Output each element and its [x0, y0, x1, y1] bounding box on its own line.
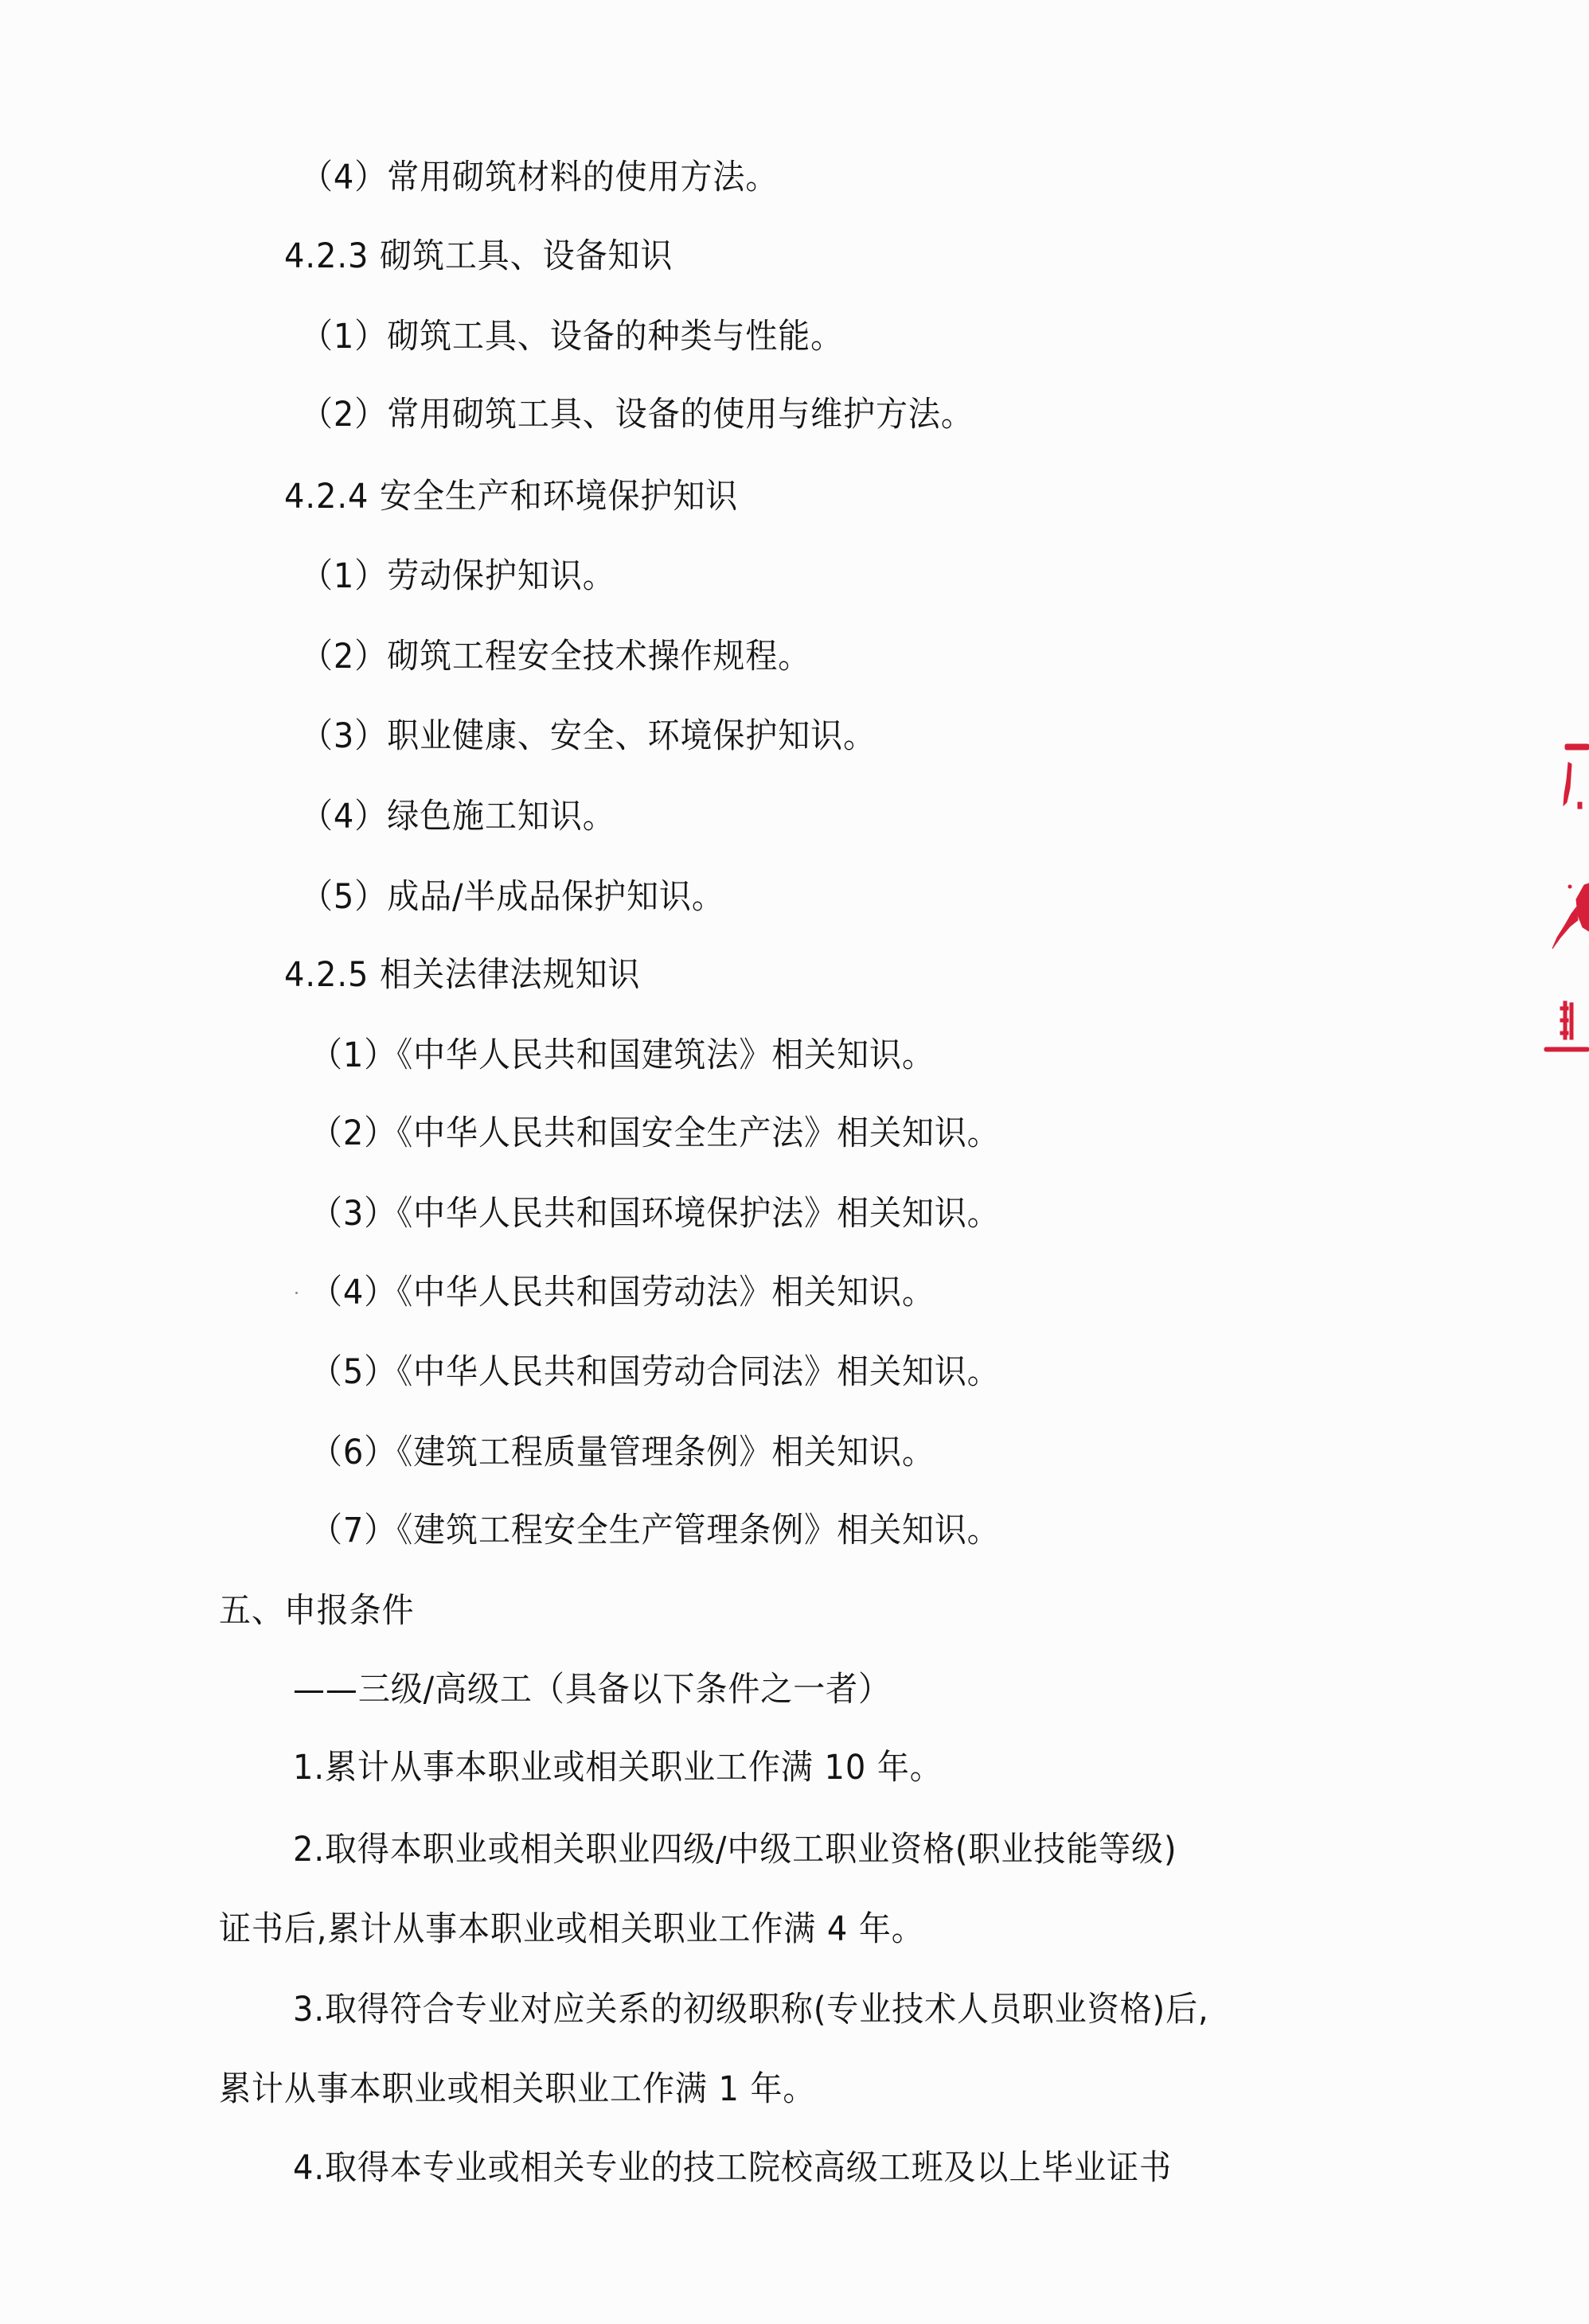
list-item-occupational-health: （3）职业健康、安全、环境保护知识。: [301, 712, 876, 760]
list-item-environmental-law: （3）《中华人民共和国环境保护法》相关知识。: [310, 1190, 1000, 1238]
level-heading-senior-worker: ——三级/高级工（具备以下条件之一者）: [293, 1666, 891, 1714]
list-item-green-construction: （4）绿色施工知识。: [301, 793, 615, 840]
section-heading-application-conditions: 五、申报条件: [219, 1587, 415, 1635]
list-item-safety-procedures: （2）砌筑工程安全技术操作规程。: [301, 633, 810, 680]
condition-3: 3.取得符合专业对应关系的初级职称(专业技术人员职业资格)后,: [293, 1986, 1209, 2033]
condition-1: 1.累计从事本职业或相关职业工作满 10 年。: [293, 1744, 943, 1792]
subheading-4-2-4: 4.2.4 安全生产和环境保护知识: [284, 473, 738, 521]
list-item-construction-law: （1）《中华人民共和国建筑法》相关知识。: [310, 1031, 935, 1079]
list-item-materials-usage: （4）常用砌筑材料的使用方法。: [301, 154, 778, 201]
list-item-work-safety-law: （2）《中华人民共和国安全生产法》相关知识。: [310, 1109, 1000, 1157]
list-item-tool-maintenance: （2）常用砌筑工具、设备的使用与维护方法。: [301, 391, 974, 439]
condition-3-continued: 累计从事本职业或相关职业工作满 1 年。: [219, 2065, 815, 2113]
subheading-4-2-5: 4.2.5 相关法律法规知识: [284, 951, 640, 999]
subheading-4-2-3: 4.2.3 砌筑工具、设备知识: [284, 232, 673, 280]
condition-4: 4.取得本专业或相关专业的技工院校高级工班及以上毕业证书: [293, 2144, 1172, 2192]
condition-2-continued: 证书后,累计从事本职业或相关职业工作满 4 年。: [219, 1905, 924, 1953]
scan-speck: [295, 1292, 298, 1294]
condition-2: 2.取得本职业或相关职业四级/中级工职业资格(职业技能等级): [293, 1826, 1177, 1874]
list-item-product-protection: （5）成品/半成品保护知识。: [301, 873, 724, 921]
red-seal-stamp-icon: [1536, 700, 1589, 1066]
list-item-safety-regulation: （7）《建筑工程安全生产管理条例》相关知识。: [310, 1507, 1000, 1554]
document-page: （4）常用砌筑材料的使用方法。 4.2.3 砌筑工具、设备知识 （1）砌筑工具、…: [0, 0, 1589, 2324]
list-item-quality-regulation: （6）《建筑工程质量管理条例》相关知识。: [310, 1429, 935, 1476]
list-item-labor-law: （4）《中华人民共和国劳动法》相关知识。: [310, 1269, 935, 1316]
list-item-tool-types: （1）砌筑工具、设备的种类与性能。: [301, 313, 843, 361]
list-item-labor-contract-law: （5）《中华人民共和国劳动合同法》相关知识。: [310, 1348, 1000, 1396]
list-item-labor-protection: （1）劳动保护知识。: [301, 552, 615, 600]
